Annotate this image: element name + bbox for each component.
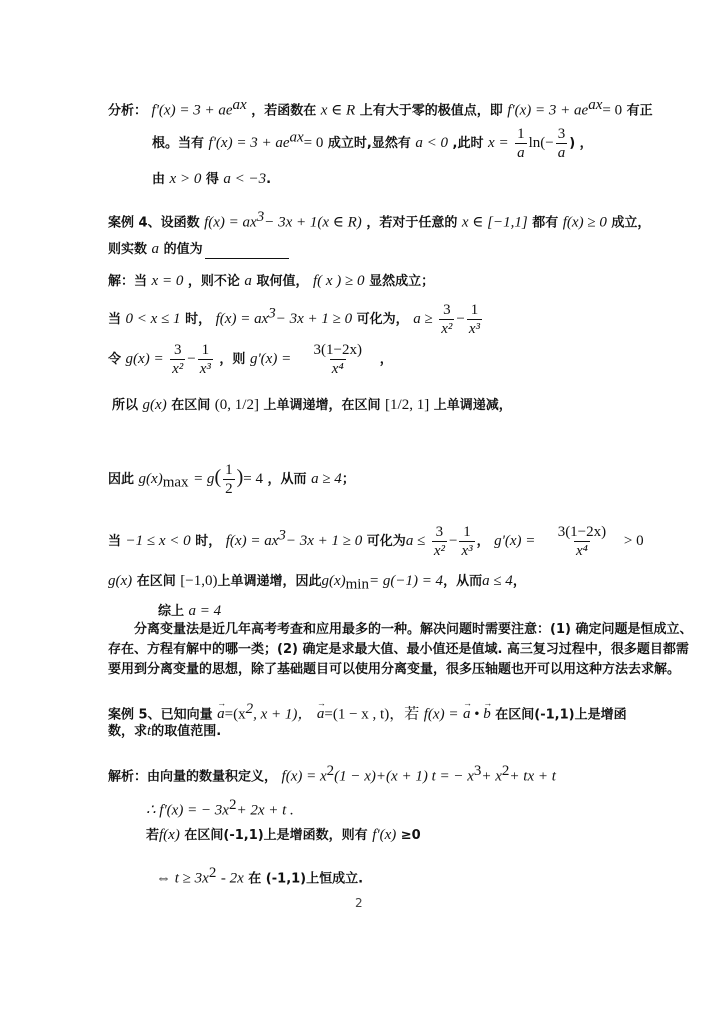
case4-solution-line-3: 令 g(x) = 3x²−1x³ ，则 g'(x) = 3(1−2x)x⁴，	[108, 342, 393, 377]
fraction: 1x³	[467, 302, 482, 337]
text: 上单调递减，	[434, 398, 512, 413]
formula: a	[244, 273, 252, 289]
text: 综上	[158, 604, 184, 619]
case4-conclusion: 综上 a = 4	[158, 602, 221, 621]
text: 由	[152, 172, 165, 187]
denominator: a	[556, 143, 568, 161]
text: ，从而	[268, 472, 307, 487]
left-paren: (	[214, 466, 221, 488]
text: ，	[513, 574, 526, 589]
formula: f(x) = x	[282, 768, 327, 784]
formula: f(x) ≥ 0	[563, 214, 607, 230]
solution-label: 解析：由向量的数量积定义，	[108, 769, 277, 784]
text: 在区间	[137, 574, 176, 589]
solution-label: 解：当	[108, 274, 147, 289]
case-label: 案例 5、已知向量	[108, 707, 213, 722]
case4-solution-line-5: 因此 g(x)max = g(12)= 4 ，从而 a ≥ 4；	[108, 462, 355, 497]
denominator: x²	[432, 541, 447, 559]
text: 所以	[112, 398, 138, 413]
case4-question: 则实数 a 的值为	[108, 240, 289, 259]
fraction: 1x³	[198, 342, 213, 377]
formula: f(x) = ax	[216, 311, 269, 327]
text: ，	[477, 534, 490, 549]
denominator: x³	[459, 541, 474, 559]
superscript: ax	[588, 97, 602, 113]
case4-solution-line-7: g(x) 在区间 [−1,0)上单调递增，因此g(x)min= g(−1) = …	[108, 572, 526, 594]
formula: + tx + t	[509, 768, 556, 784]
denominator: a	[515, 143, 527, 161]
fraction: 3(1−2x)x⁴	[542, 524, 622, 559]
formula: ∴ f'(x) = − 3x	[146, 802, 229, 818]
numerator: 1	[515, 126, 527, 143]
formula: = 4	[243, 471, 263, 487]
document-page: 分析： f'(x) = 3 + aeax ，若函数在 x ∈ R 上有大于零的极…	[0, 0, 719, 1018]
vector-b: b	[483, 705, 491, 723]
superscript: 3	[278, 528, 286, 544]
numerator: 1	[461, 524, 473, 541]
text: 令	[108, 352, 121, 367]
numerator: 1	[223, 462, 235, 479]
formula: a ≥ 4	[311, 471, 342, 487]
text: 在区间(-1,1)上是增函	[495, 707, 626, 722]
text: 显然成立；	[369, 274, 434, 289]
text: ≥0	[401, 828, 421, 843]
text: 因此	[108, 472, 134, 487]
interval: (0, 1/2]	[215, 397, 259, 413]
formula: 0 < x ≤ 1	[126, 311, 181, 327]
formula: g'(x) =	[250, 351, 291, 367]
denominator: x³	[467, 319, 482, 337]
formula: > 0	[624, 533, 644, 549]
text: ,此时	[453, 136, 484, 151]
operator: −	[449, 533, 457, 549]
text: 时，	[195, 534, 221, 549]
text: 在区间	[171, 398, 210, 413]
superscript: 2	[246, 701, 254, 717]
text: 上单调递增，因此	[217, 574, 321, 589]
formula: + 2x + t .	[236, 802, 293, 818]
text: 上单调递增，在区间	[263, 398, 380, 413]
text: ，若函数在	[251, 103, 316, 118]
numerator: 1	[200, 342, 212, 359]
formula: g(x)	[143, 397, 167, 413]
text: 的取值范围.	[151, 724, 221, 739]
formula: x > 0	[170, 171, 202, 187]
denominator: x²	[170, 359, 185, 377]
denominator: x³	[198, 359, 213, 377]
page-number: 2	[355, 896, 363, 910]
analysis-line-2: 根。当有 f'(x) = 3 + aeax= 0 成立时,显然有 a < 0 ,…	[152, 126, 593, 161]
formula: −1 ≤ x < 0	[126, 533, 191, 549]
text: ，	[380, 352, 393, 367]
formula: =(1 − x , t)，若	[324, 706, 419, 722]
text: ，则	[219, 352, 245, 367]
text: 可化为，	[357, 312, 409, 327]
formula: - 2x	[221, 870, 244, 886]
formula: f( x ) ≥ 0	[313, 273, 365, 289]
answer-blank	[205, 258, 289, 259]
numerator: 3	[172, 342, 184, 359]
text: 根。当有	[152, 136, 204, 151]
case5-solution-line-1: 解析：由向量的数量积定义， f(x) = x2(1 − x)+(x + 1) t…	[108, 762, 556, 786]
formula: f(x)	[159, 827, 180, 843]
numerator: 3	[556, 126, 568, 143]
text: 的值为	[164, 242, 203, 257]
denominator: 2	[223, 479, 235, 497]
interval: [−1,0)	[180, 573, 217, 589]
numerator: 3	[434, 524, 446, 541]
formula: , x + 1)，	[253, 706, 312, 722]
formula: = 0	[304, 135, 324, 151]
vector-a: a	[317, 705, 325, 723]
formula: ln(−	[529, 135, 554, 151]
fraction: 3x²	[439, 302, 454, 337]
text: .	[266, 172, 271, 187]
denominator: x²	[439, 319, 454, 337]
denominator: x⁴	[330, 359, 346, 377]
formula: =(x	[225, 706, 246, 722]
case5-solution-line-3: 若f(x) 在区间(-1,1)上是增函数，则有 f'(x) ≥0	[146, 826, 421, 845]
case-label: 案例 4、设函数	[108, 215, 200, 230]
formula: g(x)	[108, 573, 132, 589]
formula: f(x) =	[424, 706, 459, 722]
formula: x ∈ [−1,1]	[462, 214, 528, 230]
text: 取何值，	[256, 274, 308, 289]
formula: g(x)	[321, 573, 345, 589]
formula: = g	[193, 471, 214, 487]
text: 得	[206, 172, 219, 187]
formula: ⇔ t ≥ 3x	[156, 870, 209, 886]
formula: x = 0	[152, 273, 184, 289]
formula: = g(−1) = 4	[369, 573, 443, 589]
text: ，若对于任意的	[366, 215, 457, 230]
superscript: ax	[232, 97, 246, 113]
formula: f'(x)	[372, 827, 396, 843]
operator: −	[187, 351, 195, 367]
fraction: 3(1−2x)x⁴	[298, 342, 378, 377]
text: 当	[108, 312, 121, 327]
formula: a = 4	[189, 603, 222, 619]
text: 则实数	[108, 242, 147, 257]
text: ) ，	[569, 136, 592, 151]
formula: = 0	[602, 102, 622, 118]
fraction: 3x²	[170, 342, 185, 377]
text: ，则不论	[188, 274, 240, 289]
subscript: max	[163, 475, 189, 491]
fraction: 1a	[515, 126, 527, 161]
case5-title: 案例 5、已知向量 a=(x2, x + 1)， a=(1 − x , t)，若…	[108, 700, 627, 724]
formula: f'(x) = 3 + ae	[209, 135, 290, 151]
text: ；	[342, 472, 355, 487]
formula: a < −3	[223, 171, 266, 187]
analysis-line-1: 分析： f'(x) = 3 + aeax ，若函数在 x ∈ R 上有大于零的极…	[108, 96, 653, 120]
analysis-line-3: 由 x > 0 得 a < −3.	[152, 170, 271, 189]
formula: f'(x) = 3 + ae	[507, 102, 588, 118]
case4-solution-line-2: 当 0 < x ≤ 1 时， f(x) = ax3− 3x + 1 ≥ 0 可化…	[108, 302, 484, 337]
interval: [1/2, 1]	[385, 397, 429, 413]
fraction: 3x²	[432, 524, 447, 559]
text: 在区间(-1,1)上是增函数，则有	[184, 828, 367, 843]
text: 数，求	[108, 724, 147, 739]
formula: x ∈ R	[321, 102, 355, 118]
case5-solution-line-4: ⇔ t ≥ 3x2 - 2x 在 (-1,1)上恒成立.	[156, 864, 363, 888]
formula: f'(x) = 3 + ae	[152, 102, 233, 118]
formula: a ≥	[413, 311, 432, 327]
formula: f(x) = ax	[204, 214, 257, 230]
denominator: x⁴	[574, 541, 590, 559]
formula: a	[152, 241, 160, 257]
text: 当	[108, 534, 121, 549]
formula: g(x)	[139, 471, 163, 487]
text: ，从而	[443, 574, 482, 589]
formula: − 3x + 1 ≥ 0	[276, 311, 352, 327]
text: 在 (-1,1)上恒成立.	[248, 871, 363, 886]
case4-solution-line-1: 解：当 x = 0 ，则不论 a 取何值， f( x ) ≥ 0 显然成立；	[108, 272, 434, 291]
summary-paragraph: 分离变量法是近几年高考考查和应用最多的一种。解决问题时需要注意：(1) 确定问题…	[108, 620, 698, 680]
text: 成立，	[611, 215, 650, 230]
case5-solution-line-2: ∴ f'(x) = − 3x2+ 2x + t .	[146, 796, 294, 820]
formula: a < 0	[415, 135, 448, 151]
subscript: min	[346, 577, 369, 593]
analysis-label: 分析：	[108, 103, 147, 118]
numerator: 3	[441, 302, 453, 319]
numerator: 1	[469, 302, 481, 319]
formula: g(x) =	[126, 351, 164, 367]
formula: f(x) = ax	[226, 533, 279, 549]
case5-question: 数，求t的取值范围.	[108, 722, 221, 741]
case4-solution-line-4: 所以 g(x) 在区间 (0, 1/2] 上单调递增，在区间 [1/2, 1] …	[112, 396, 512, 415]
superscript: 3	[268, 306, 276, 322]
case4-solution-line-6: 当 −1 ≤ x < 0 时， f(x) = ax3− 3x + 1 ≥ 0 可…	[108, 524, 644, 559]
formula: a ≤ 4	[482, 573, 513, 589]
vector-a: a	[217, 705, 225, 723]
superscript: 2	[209, 865, 217, 881]
formula: − 3x + 1 ≥ 0	[286, 533, 362, 549]
numerator: 3(1−2x)	[312, 342, 364, 359]
formula: + x	[481, 768, 502, 784]
superscript: ax	[289, 130, 303, 146]
numerator: 3(1−2x)	[556, 524, 608, 541]
text: 都有	[532, 215, 558, 230]
formula: g'(x) =	[494, 533, 535, 549]
text: 上有大于零的极值点，即	[360, 103, 503, 118]
formula: − 3x + 1(x ∈ R)	[264, 214, 362, 230]
formula: (1 − x)+(x + 1) t = − x	[334, 768, 474, 784]
text: 若	[146, 828, 159, 843]
text: 有正	[627, 103, 653, 118]
operator: −	[456, 311, 464, 327]
fraction: 1x³	[459, 524, 474, 559]
text: 时，	[185, 312, 211, 327]
text: 成立时,显然有	[328, 136, 411, 151]
fraction: 12	[223, 462, 235, 497]
formula: x =	[488, 135, 509, 151]
vector-a: a	[463, 705, 471, 723]
dot-operator: •	[470, 706, 483, 722]
case4-title: 案例 4、设函数 f(x) = ax3− 3x + 1(x ∈ R) ，若对于任…	[108, 208, 650, 232]
formula: a ≤	[406, 533, 425, 549]
text: 可化为	[367, 534, 406, 549]
fraction: 3a	[556, 126, 568, 161]
